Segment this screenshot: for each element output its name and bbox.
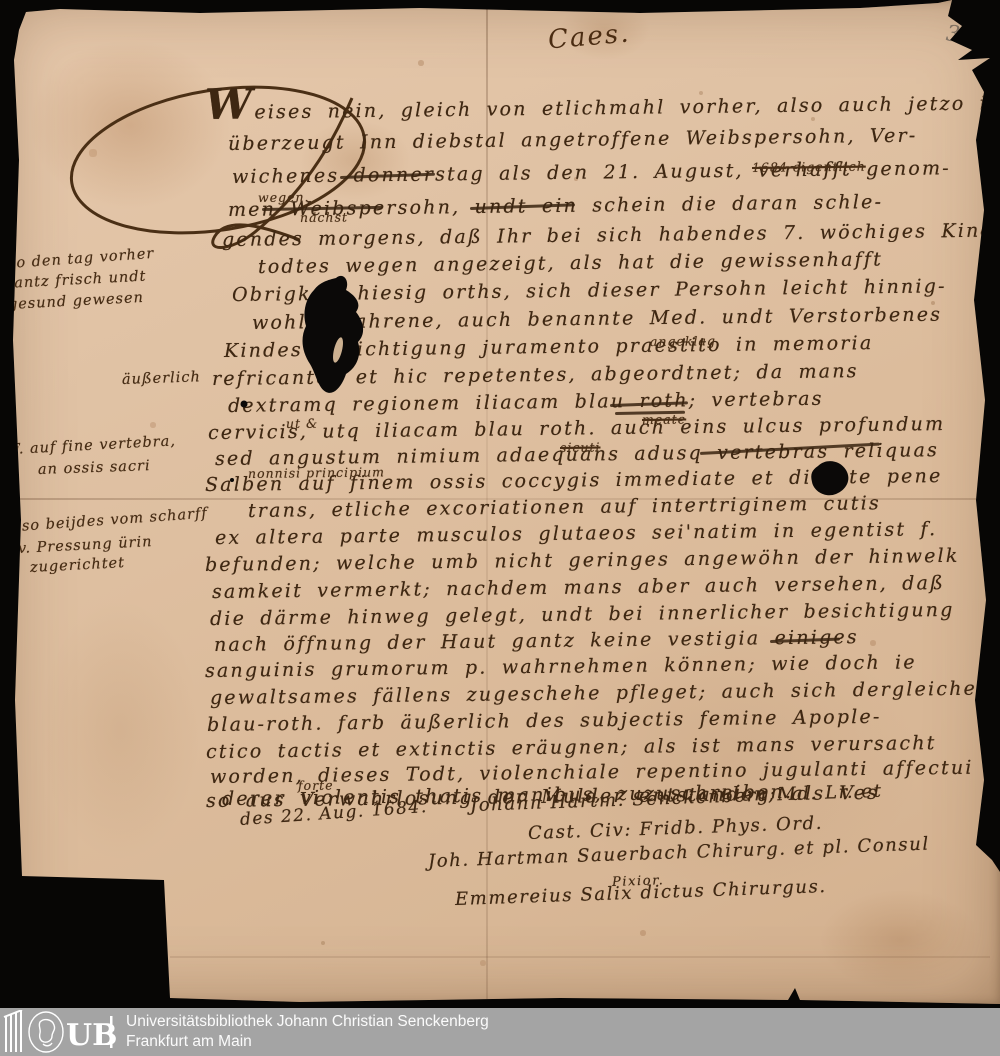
library-name: Universitätsbibliothek Johann Christian … xyxy=(126,1012,489,1052)
margin-note: so den tag vorher xyxy=(7,246,154,272)
interlinear-insertion: sicuti xyxy=(560,440,601,455)
margin-note: F. so beijdes vom scharff xyxy=(1,506,208,536)
goethe-portrait-icon xyxy=(29,1012,63,1052)
interlinear-insertion: 1684 eigentlich xyxy=(752,159,866,175)
manuscript-page: Caes. 3 Weises nein, gleich von etlichma… xyxy=(0,0,1000,1004)
interlinear-insertion: angeklag xyxy=(650,333,716,349)
margin-note: an ossis sacri xyxy=(38,458,151,478)
manuscript-line: sanguinis grumorum p. wahrnehmen können;… xyxy=(205,651,917,682)
interlinear-insertion: forte xyxy=(298,778,334,793)
manuscript-line: blau-roth. farb äußerlich des subjectis … xyxy=(207,706,882,736)
manuscript-line: Obrigkeit hiesig orths, sich dieser Pers… xyxy=(232,275,947,306)
manuscript-line: Kindes besichtigung juramento praestito … xyxy=(224,332,874,362)
interlinear-insertion: ut & xyxy=(286,416,318,431)
digitized-manuscript-scan: { "page": { "heading": "Caes.", "page_nu… xyxy=(0,0,1000,1056)
manuscript-line: gewaltsames fällens zugeschehe pfleget; … xyxy=(210,677,992,709)
manuscript-line: refricantes et hic repetentes, abgeordtn… xyxy=(212,360,859,390)
manuscript-line: ex altera parte musculos glutaeos sei'na… xyxy=(215,518,938,549)
manuscript-line: nach öffnung der Haut gantz keine vestig… xyxy=(214,626,859,656)
library-name-line1: Universitätsbibliothek Johann Christian … xyxy=(126,1012,489,1032)
manuscript-line: todtes wegen angezeigt, als hat die gewi… xyxy=(258,248,883,278)
library-banner: UB Universitätsbibliothek Johann Christi… xyxy=(0,1008,1000,1056)
foxing-specks xyxy=(0,0,2,2)
margin-note: äußerlich xyxy=(122,369,201,388)
margin-note: F. auf fine vertebra, xyxy=(10,433,177,458)
library-name-line2: Frankfurt am Main xyxy=(126,1032,489,1052)
manuscript-line: dextramq regionem iliacam blau roth; ver… xyxy=(228,388,824,417)
manuscript-line: befunden; welche umb nicht geringes ange… xyxy=(205,545,960,576)
interlinear-insertion: nächst xyxy=(300,209,348,225)
margin-note: gantz frisch undt xyxy=(4,269,147,292)
signature-line: Joh. Hartman Sauerbach Chirurg. et pl. C… xyxy=(428,833,930,872)
ub-logo-text: UB xyxy=(66,1018,116,1053)
manuscript-line: trans, etliche excoriationen auf intertr… xyxy=(248,492,881,522)
handwriting-layer: Caes. 3 Weises nein, gleich von etlichma… xyxy=(0,0,1000,1004)
manuscript-line: wohl erfahrene, auch benannte Med. undt … xyxy=(252,304,942,334)
book-spines-icon xyxy=(4,1010,22,1052)
page-heading: Caes. xyxy=(547,18,632,55)
margin-note: gesund gewesen xyxy=(8,290,145,313)
interlinear-insertion: wegen. xyxy=(258,189,310,205)
logo-divider xyxy=(110,1016,113,1048)
manuscript-line: überzeugt Inn diebstal angetroffene Weib… xyxy=(228,125,918,155)
manuscript-line: Weises nein, gleich von etlichmahl vorhe… xyxy=(205,90,1000,124)
margin-note: zugerichtet xyxy=(30,555,126,576)
manuscript-line: samkeit vermerkt; nachdem mans aber auch… xyxy=(212,572,945,603)
page-number: 3 xyxy=(945,21,962,47)
ub-logo: UB xyxy=(2,1010,116,1054)
interlinear-insertion: nonnisi principium xyxy=(248,464,385,481)
margin-note: v. Pressung ürin xyxy=(18,534,153,557)
